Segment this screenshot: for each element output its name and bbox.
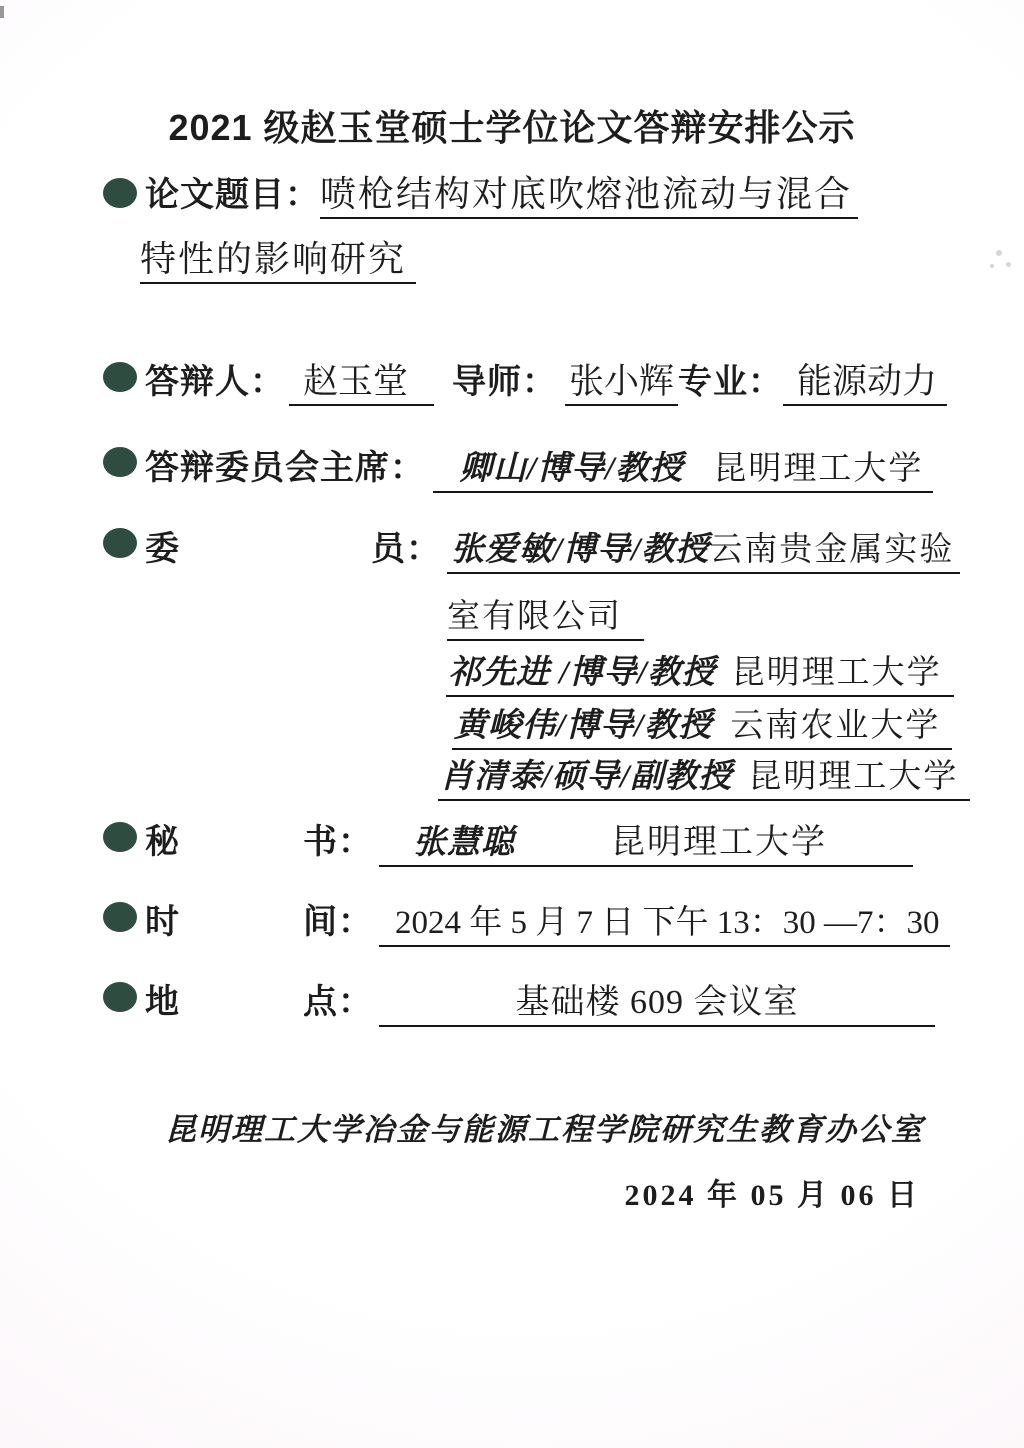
scan-speck-artifact <box>996 250 1002 256</box>
chair-organization: 昆明理工大学 <box>713 442 923 489</box>
candidate-name: 赵玉堂 <box>289 354 434 406</box>
scan-edge-mark <box>0 6 4 18</box>
scanned-document-page: 2021 级赵玉堂硕士学位论文答辩安排公示 论文题目： 喷枪结构对底吹熔池流动与… <box>0 0 1024 1448</box>
committee-member-row: 黄峻伟/博导/教授 云南农业大学 <box>452 699 952 750</box>
thesis-title-line1: 喷枪结构对底吹熔池流动与混合 <box>320 166 858 219</box>
committee-member-row-continued: 室有限公司 <box>447 590 644 641</box>
bullet-icon <box>103 822 137 852</box>
member3-name: 黄峻伟/博导/教授 <box>454 699 712 746</box>
footer-date: 2024 年 05 月 06 日 <box>625 1170 921 1214</box>
thesis-title-row-continued: 特性的影响研究 <box>140 231 416 284</box>
location-label: 地 点： <box>145 974 373 1023</box>
time-value: 2024 年 5 月 7 日 下午 13：30 —7：30 <box>379 896 950 947</box>
committee-member-row: 肖清泰/硕导/副教授 昆明理工大学 <box>438 750 970 801</box>
candidate-row: 答辩人： 赵玉堂 导师： 张小辉 专业： 能源动力 <box>145 354 947 406</box>
location-row: 地 点： 基础楼 609 会议室 <box>145 974 935 1027</box>
secretary-label: 秘 书： <box>145 814 373 863</box>
chair-name: 卿山/博导/教授 <box>459 442 683 489</box>
thesis-title-line2: 特性的影响研究 <box>140 231 416 284</box>
thesis-title-row: 论文题目： 喷枪结构对底吹熔池流动与混合 <box>145 166 858 219</box>
committee-member-row: 委 员： 张爱敏/博导/教授 云南贵金属实验 <box>145 521 960 574</box>
time-row: 时 间： 2024 年 5 月 7 日 下午 13：30 —7：30 <box>145 894 950 947</box>
time-label: 时 间： <box>145 894 373 943</box>
secretary-label-left: 秘 <box>145 814 180 863</box>
bullet-icon <box>103 528 137 558</box>
supervisor-label: 导师： <box>452 354 557 403</box>
scan-speck-artifact <box>1006 262 1011 267</box>
committee-member-row: 祁先进 /博导/教授 昆明理工大学 <box>446 646 954 697</box>
committee-label-left: 委 <box>145 521 180 570</box>
secretary-row: 秘 书： 张慧聪 昆明理工大学 <box>145 814 913 867</box>
member2-name: 祁先进 /博导/教授 <box>448 646 716 693</box>
page-title: 2021 级赵玉堂硕士学位论文答辩安排公示 <box>0 100 1024 151</box>
member3-organization: 云南农业大学 <box>730 699 940 746</box>
secretary-organization: 昆明理工大学 <box>611 814 827 863</box>
member1-underline: 张爱敏/博导/教授 云南贵金属实验 <box>447 523 960 574</box>
bullet-icon <box>103 362 137 392</box>
member2-underline: 祁先进 /博导/教授 昆明理工大学 <box>446 646 954 697</box>
chair-row: 答辩委员会主席： 卿山/博导/教授 昆明理工大学 <box>145 440 933 493</box>
member4-organization: 昆明理工大学 <box>748 750 958 797</box>
thesis-title-label: 论文题目： <box>145 167 320 216</box>
secretary-name: 张慧聪 <box>413 816 515 863</box>
member2-organization: 昆明理工大学 <box>732 646 942 693</box>
location-label-right: 点： <box>303 974 373 1023</box>
bullet-icon <box>103 178 137 208</box>
member1-organization-line2: 室有限公司 <box>447 590 644 641</box>
member1-organization-line1: 云南贵金属实验 <box>709 523 954 570</box>
supervisor-name: 张小辉 <box>565 354 678 406</box>
chair-label: 答辩委员会主席： <box>145 440 425 489</box>
scan-speck-artifact <box>990 264 994 268</box>
member1-name: 张爱敏/博导/教授 <box>451 523 709 570</box>
bullet-icon <box>103 902 137 932</box>
time-label-left: 时 <box>145 894 180 943</box>
committee-label: 委 员： <box>145 521 441 570</box>
member4-underline: 肖清泰/硕导/副教授 昆明理工大学 <box>438 750 970 801</box>
chair-value-underline: 卿山/博导/教授 昆明理工大学 <box>433 442 933 493</box>
committee-label-right: 员： <box>371 521 441 570</box>
member3-underline: 黄峻伟/博导/教授 云南农业大学 <box>452 699 952 750</box>
secretary-underline: 张慧聪 昆明理工大学 <box>379 814 913 867</box>
location-value: 基础楼 609 会议室 <box>379 974 935 1027</box>
bullet-icon <box>103 447 137 477</box>
time-label-right: 间： <box>303 894 373 943</box>
major-label: 专业： <box>678 354 783 403</box>
member4-name: 肖清泰/硕导/副教授 <box>440 750 732 797</box>
footer-office: 昆明理工大学冶金与能源工程学院研究生教育办公室 <box>165 1104 924 1149</box>
secretary-label-right: 书： <box>303 814 373 863</box>
bullet-icon <box>103 982 137 1012</box>
major-name: 能源动力 <box>783 354 947 406</box>
candidate-label: 答辩人： <box>145 354 285 403</box>
location-label-left: 地 <box>145 974 180 1023</box>
